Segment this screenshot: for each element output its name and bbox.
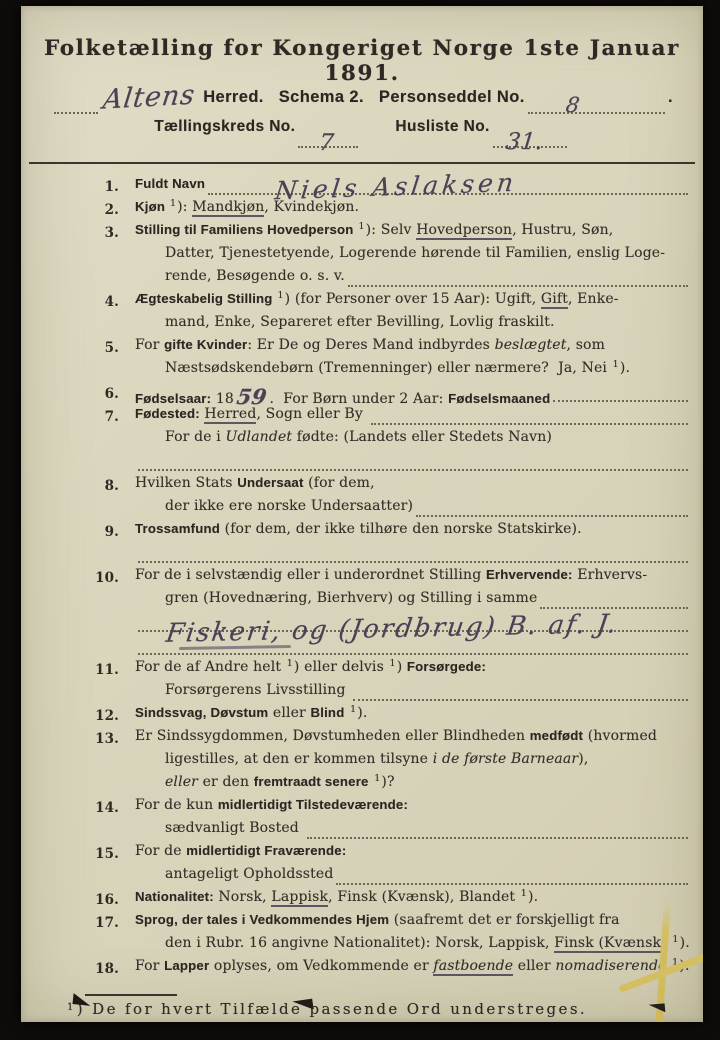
item-number: 12. [93, 705, 119, 728]
printed-text: der ikke ere norske Undersaatter) [165, 498, 413, 514]
printed-text: Lappisk [271, 889, 328, 907]
item-number: 8. [93, 475, 119, 521]
dotted-line [54, 98, 98, 114]
printed-text: eller [513, 958, 555, 974]
dotted-line [371, 409, 688, 425]
printed-text: antageligt Opholdssted [165, 866, 333, 882]
printed-text: 1 [672, 934, 678, 945]
form-item: 7.Fødested: Herred, Sogn eller By For de… [93, 406, 691, 475]
item-line: Fødselsaar: 1859. For Børn under 2 Aar: … [135, 383, 691, 406]
printed-text: gren (Hovednæring, Bierhverv) og Stillin… [165, 590, 537, 606]
item-line: mand, Enke, Separeret efter Bevilling, L… [135, 314, 691, 337]
printed-text: 1 [277, 290, 283, 301]
printed-text: ). [620, 360, 630, 376]
census-form-paper: Folketælling for Kongeriget Norge 1ste J… [21, 6, 703, 1022]
printed-text: ) [397, 659, 407, 675]
item-line [135, 544, 691, 567]
printed-text: : Er De og Deres Mand indbyrdes [247, 337, 494, 353]
printed-text: rende, Besøgende o. s. v. [165, 268, 345, 284]
dotted-line: 7 [298, 132, 358, 148]
printed-text: For de [135, 843, 186, 859]
printed-text: (for dem, der ikke tilhøre den norske St… [220, 521, 582, 537]
form-item: 13.Er Sindssygdommen, Døvstumheden eller… [93, 728, 691, 797]
item-number: 10. [93, 567, 119, 659]
item-line: Ægteskabelig Stilling 1) (for Personer o… [135, 291, 691, 314]
printed-text: Blind [310, 705, 344, 720]
printed-text: ) (for Personer over 15 Aar): Ugift, [285, 291, 541, 307]
printed-text: ligestilles, at den er kommen tilsyne [165, 751, 433, 767]
item-line: Sindssvag, Døvstum eller Blind 1). [135, 705, 691, 728]
item-number: 9. [93, 521, 119, 567]
printed-text: Forsørgede: [407, 659, 486, 674]
printed-text: ). [357, 705, 367, 721]
item-line: Nationalitet: Norsk, Lappisk, Finsk (Kvæ… [135, 889, 691, 912]
printed-text: midlertidigt Tilstedeværende: [218, 797, 408, 812]
item-number: 5. [93, 337, 119, 383]
printed-text: i de første Barneaar [433, 751, 579, 767]
printed-text: Forsørgerens Livsstilling [165, 682, 350, 698]
items: 1.Fuldt NavnNiels Aslaksen2.Kjøn 1): Man… [21, 164, 703, 981]
item-line: For de kun midlertidigt Tilstedeværende: [135, 797, 691, 820]
form-item: 8.Hvilken Stats Undersaat (for dem,der i… [93, 475, 691, 521]
item-line: Hvilken Stats Undersaat (for dem, [135, 475, 691, 498]
printed-text: )? [381, 774, 394, 790]
printed-text: ), [578, 751, 588, 767]
printed-text: For [135, 958, 164, 974]
item-number: 15. [93, 843, 119, 889]
printed-text: 1 [613, 359, 619, 370]
printed-text: eller [165, 774, 198, 790]
item-number: 13. [93, 728, 119, 797]
item-line: antageligt Opholdssted [135, 866, 691, 889]
printed-text: For de i selvstændig eller i underordnet… [135, 567, 486, 583]
printed-text: Fødselsmaaned [448, 391, 550, 406]
printed-text: sædvanligt Bosted [165, 820, 304, 836]
printed-text: fødte: (Landets eller Stedets Navn) [292, 429, 552, 445]
printed-text: 1 [287, 658, 293, 669]
printed-text: medfødt [530, 728, 583, 743]
printed-text: For de i [165, 429, 226, 445]
printed-text: Nationalitet: [135, 889, 214, 904]
printed-text: mand, Enke, Separeret efter Bevilling, L… [165, 314, 555, 330]
printed-text: For [135, 337, 164, 353]
dotted-line: 8 [528, 98, 665, 114]
item-line: Forsørgerens Livsstilling [135, 682, 691, 705]
printed-text: Ægteskabelig Stilling [135, 291, 276, 306]
printed-text: , Kvindekjøn. [264, 199, 359, 215]
dotted-line [353, 685, 688, 701]
printed-text: ): Selv [366, 222, 417, 238]
subtitle-label: Herred. Schema 2. Personseddel No. [203, 88, 524, 107]
item-line [135, 452, 691, 475]
printed-text: fastboende [433, 958, 513, 976]
item-line: Fødested: Herred, Sogn eller By [135, 406, 691, 429]
paper-tear-mark [649, 1003, 666, 1013]
item-number: 2. [93, 199, 119, 222]
form-item: 1.Fuldt NavnNiels Aslaksen [93, 176, 691, 199]
printed-text: Kjøn [135, 199, 169, 214]
printed-text [344, 705, 349, 721]
printed-text: For de kun [135, 797, 218, 813]
printed-text [369, 774, 374, 790]
printed-text: Herred [204, 406, 256, 424]
item-line: Datter, Tjenestetyende, Logerende hørend… [135, 245, 691, 268]
printed-text: Er Sindssygdommen, Døvstumheden eller Bl… [135, 728, 530, 744]
husliste-label: Husliste No. [395, 118, 489, 136]
printed-text: oplyses, om Vedkommende er [209, 958, 433, 974]
item-line: Trossamfund (for dem, der ikke tilhøre d… [135, 521, 691, 544]
item-line: gren (Hovednæring, Bierhverv) og Stillin… [135, 590, 691, 613]
printed-text: , Hustru, Søn, [512, 222, 613, 238]
item-line: Er Sindssygdommen, Døvstumheden eller Bl… [135, 728, 691, 751]
item-number: 16. [93, 889, 119, 912]
printed-text: , som [567, 337, 606, 353]
printed-text: (for dem, [304, 475, 375, 491]
item-number: 3. [93, 222, 119, 291]
item-line: sædvanligt Bosted [135, 820, 691, 843]
item-line: Næstsødskendebørn (Tremenninger) eller n… [135, 360, 691, 383]
item-number: 1. [93, 176, 119, 199]
subtitle-period: . [668, 88, 673, 107]
form-item: 10.For de i selvstændig eller i underord… [93, 567, 691, 659]
dotted-line: 31. [493, 132, 567, 148]
printed-text: 1 [170, 198, 176, 209]
printed-text: Datter, Tjenestetyende, Logerende hørend… [165, 245, 665, 261]
printed-text: gifte Kvinder [164, 337, 247, 352]
item-line: der ikke ere norske Undersaatter) [135, 498, 691, 521]
printed-text: 1 [374, 773, 380, 784]
printed-text: 1 [350, 704, 356, 715]
personseddel-no-handwritten-entry: 8 [564, 93, 581, 117]
printed-text: Gift [541, 291, 568, 309]
printed-text: Næstsødskendebørn (Tremenninger) eller n… [165, 360, 612, 376]
form-item: 18.For Lapper oplyses, om Vedkommende er… [93, 958, 691, 981]
item-line: For de af Andre helt 1) eller delvis 1) … [135, 659, 691, 682]
printed-text: er den [198, 774, 254, 790]
printed-text: (saafremt det er forskjelligt fra [389, 912, 619, 928]
item-number: 4. [93, 291, 119, 337]
printed-text: Lapper [164, 958, 209, 973]
printed-text: nomadiserende [555, 958, 666, 974]
printed-text: Sprog, der tales i Vedkommendes Hjem [135, 912, 389, 927]
printed-text: Stilling til Familiens Hovedperson [135, 222, 357, 237]
printed-text: Erhvervs- [573, 567, 648, 583]
item-number: 17. [93, 912, 119, 958]
printed-text: Trossamfund [135, 521, 220, 536]
form-item: 15.For de midlertidigt Fraværende:antage… [93, 843, 691, 889]
form-item: 11.For de af Andre helt 1) eller delvis … [93, 659, 691, 705]
item-line: rende, Besøgende o. s. v. [135, 268, 691, 291]
printed-text: Norsk, [214, 889, 272, 905]
printed-text: 1 [521, 888, 527, 899]
form-header: Folketælling for Kongeriget Norge 1ste J… [21, 6, 703, 164]
form-numbers-row: Tællingskreds No. 7 Husliste No. 31. [21, 118, 703, 152]
printed-text: Hovedperson [416, 222, 512, 240]
printed-text: Sindssvag, Døvstum [135, 705, 268, 720]
form-title: Folketælling for Kongeriget Norge 1ste J… [21, 36, 703, 70]
printed-text: ). [528, 889, 538, 905]
item-number: 14. [93, 797, 119, 843]
item-line: Fiskeri, og (Jordbrug) B. af. J. [135, 613, 691, 636]
printed-text: beslægtet [495, 337, 567, 353]
item-number: 6. [93, 383, 119, 406]
dotted-line [553, 386, 688, 402]
printed-text: Hvilken Stats [135, 475, 237, 491]
item-line: For gifte Kvinder: Er De og Deres Mand i… [135, 337, 691, 360]
item-line: Stilling til Familiens Hovedperson 1): S… [135, 222, 691, 245]
kreds-no-handwritten-entry: 7 [317, 130, 334, 156]
printed-text: Undersaat [237, 475, 303, 490]
item-line: Fuldt NavnNiels Aslaksen [135, 176, 691, 199]
dotted-line [307, 823, 689, 839]
printed-text: Mandkjøn [192, 199, 264, 217]
printed-text: 18 [211, 391, 234, 407]
dotted-line [348, 271, 688, 287]
item-number: 18. [93, 958, 119, 981]
form-item: 16.Nationalitet: Norsk, Lappisk, Finsk (… [93, 889, 691, 912]
form-item: 4.Ægteskabelig Stilling 1) (for Personer… [93, 291, 691, 337]
dotted-line [416, 501, 688, 517]
item-number: 11. [93, 659, 119, 705]
dotted-line: Niels Aslaksen [208, 179, 688, 195]
footnote-text: ) De for hvert Tilfælde passende Ord und… [77, 1000, 587, 1018]
form-item: 3.Stilling til Familiens Hovedperson 1):… [93, 222, 691, 291]
kreds-label: Tællingskreds No. [154, 118, 295, 136]
printed-text: ): [177, 199, 192, 215]
form-item: 2.Kjøn 1): Mandkjøn, Kvindekjøn. [93, 199, 691, 222]
form-item: 6.Fødselsaar: 1859. For Børn under 2 Aar… [93, 383, 691, 406]
footnote-separator [85, 994, 177, 996]
dotted-line [138, 455, 688, 471]
printed-text: 1 [358, 221, 364, 232]
husliste-no-handwritten-entry: 31. [505, 129, 544, 155]
paper-tear-mark [72, 993, 91, 1006]
footnote: 1) De for hvert Tilfælde passende Ord un… [67, 1000, 703, 1018]
printed-text: Fødselsaar: [135, 391, 211, 406]
printed-text: ). [680, 935, 690, 951]
printed-text: Fødested: [135, 406, 200, 421]
printed-text: 1 [390, 658, 396, 669]
item-line: Sprog, der tales i Vedkommendes Hjem (sa… [135, 912, 691, 935]
printed-text: For de af Andre helt [135, 659, 286, 675]
printed-text: fremtraadt senere [254, 774, 369, 789]
form-item: 17.Sprog, der tales i Vedkommendes Hjem … [93, 912, 691, 958]
item-line: For Lapper oplyses, om Vedkommende er fa… [135, 958, 691, 981]
printed-text: , Finsk (Kvænsk), Blandet [328, 889, 520, 905]
printed-text: ) eller delvis [294, 659, 389, 675]
item-line: den i Rubr. 16 angivne Nationalitet): No… [135, 935, 691, 958]
dotted-line: Fiskeri, og (Jordbrug) B. af. J. [138, 616, 688, 632]
dotted-line [336, 869, 688, 885]
form-item: 12.Sindssvag, Døvstum eller Blind 1). [93, 705, 691, 728]
form-item: 14.For de kun midlertidigt Tilstedeværen… [93, 797, 691, 843]
item-line: ligestilles, at den er kommen tilsyne i … [135, 751, 691, 774]
item-line: Kjøn 1): Mandkjøn, Kvindekjøn. [135, 199, 691, 222]
item-line: eller er den fremtraadt senere 1)? [135, 774, 691, 797]
dotted-line [138, 547, 688, 563]
printed-text: midlertidigt Fraværende: [186, 843, 346, 858]
item-number: 7. [93, 406, 119, 475]
item-line: For de midlertidigt Fraværende: [135, 843, 691, 866]
printed-text: Finsk (Kvænsk) [554, 935, 667, 953]
item-line: For de i Udlandet fødte: (Landets eller … [135, 429, 691, 452]
printed-text: Erhvervende: [486, 567, 573, 582]
printed-text: Fuldt Navn [135, 176, 205, 191]
form-item: 5.For gifte Kvinder: Er De og Deres Mand… [93, 337, 691, 383]
printed-text: Udlandet [226, 429, 293, 445]
item-line: For de i selvstændig eller i underordnet… [135, 567, 691, 590]
printed-text: . For Børn under 2 Aar: [269, 391, 448, 407]
printed-text: (hvormed [583, 728, 657, 744]
printed-text: , Enke- [568, 291, 619, 307]
printed-text: den i Rubr. 16 angivne Nationalitet): No… [165, 935, 554, 951]
district-handwritten-entry: Altens [101, 79, 197, 115]
printed-text: eller [268, 705, 310, 721]
form-item: 9.Trossamfund (for dem, der ikke tilhøre… [93, 521, 691, 567]
printed-text: , Sogn eller By [256, 406, 367, 422]
dotted-line [540, 593, 688, 609]
photo-of-census-form: { "colors":{ "background":"#0d0c0a", "pa… [0, 0, 720, 1040]
